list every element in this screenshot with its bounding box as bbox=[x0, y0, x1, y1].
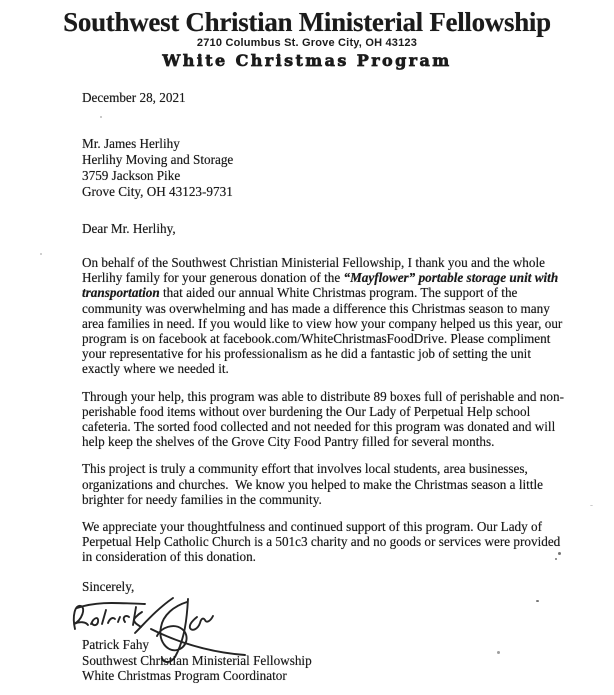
letter-page: { "header": { "org_name": "Southwest Chr… bbox=[0, 0, 614, 695]
scan-speckle bbox=[590, 505, 593, 506]
recipient-line: 3759 Jackson Pike bbox=[82, 168, 233, 184]
letter-date: December 28, 2021 bbox=[82, 90, 186, 106]
org-address: 2710 Columbus St. Grove City, OH 43123 bbox=[0, 37, 614, 49]
program-title: White Christmas Program bbox=[0, 51, 614, 70]
recipient-line: Herlihy Moving and Storage bbox=[82, 152, 233, 168]
recipient-line: Grove City, OH 43123-9731 bbox=[82, 184, 233, 200]
scan-speckle bbox=[40, 253, 42, 255]
closing: Sincerely, bbox=[82, 579, 134, 595]
scan-speckle bbox=[497, 651, 500, 654]
signature-role: White Christmas Program Coordinator bbox=[82, 668, 312, 684]
scan-speckle bbox=[536, 600, 539, 602]
paragraph: This project is truly a community effort… bbox=[82, 461, 582, 507]
signature-block: Patrick Fahy Southwest Christian Ministe… bbox=[82, 637, 312, 684]
signature-name: Patrick Fahy bbox=[82, 637, 312, 653]
scan-speckle bbox=[555, 558, 557, 560]
recipient-line: Mr. James Herlihy bbox=[82, 136, 233, 152]
salutation: Dear Mr. Herlihy, bbox=[82, 221, 176, 237]
letter-body: On behalf of the Southwest Christian Min… bbox=[82, 255, 582, 577]
scan-speckle bbox=[558, 552, 561, 555]
signature-org: Southwest Christian Ministerial Fellowsh… bbox=[82, 653, 312, 669]
paragraph: We appreciate your thoughtfulness and co… bbox=[82, 519, 582, 565]
recipient-address: Mr. James Herlihy Herlihy Moving and Sto… bbox=[82, 136, 233, 200]
org-title: Southwest Christian Ministerial Fellowsh… bbox=[0, 7, 614, 38]
scan-speckle bbox=[100, 116, 102, 118]
paragraph: Through your help, this program was able… bbox=[82, 389, 582, 450]
paragraph: On behalf of the Southwest Christian Min… bbox=[82, 255, 582, 377]
